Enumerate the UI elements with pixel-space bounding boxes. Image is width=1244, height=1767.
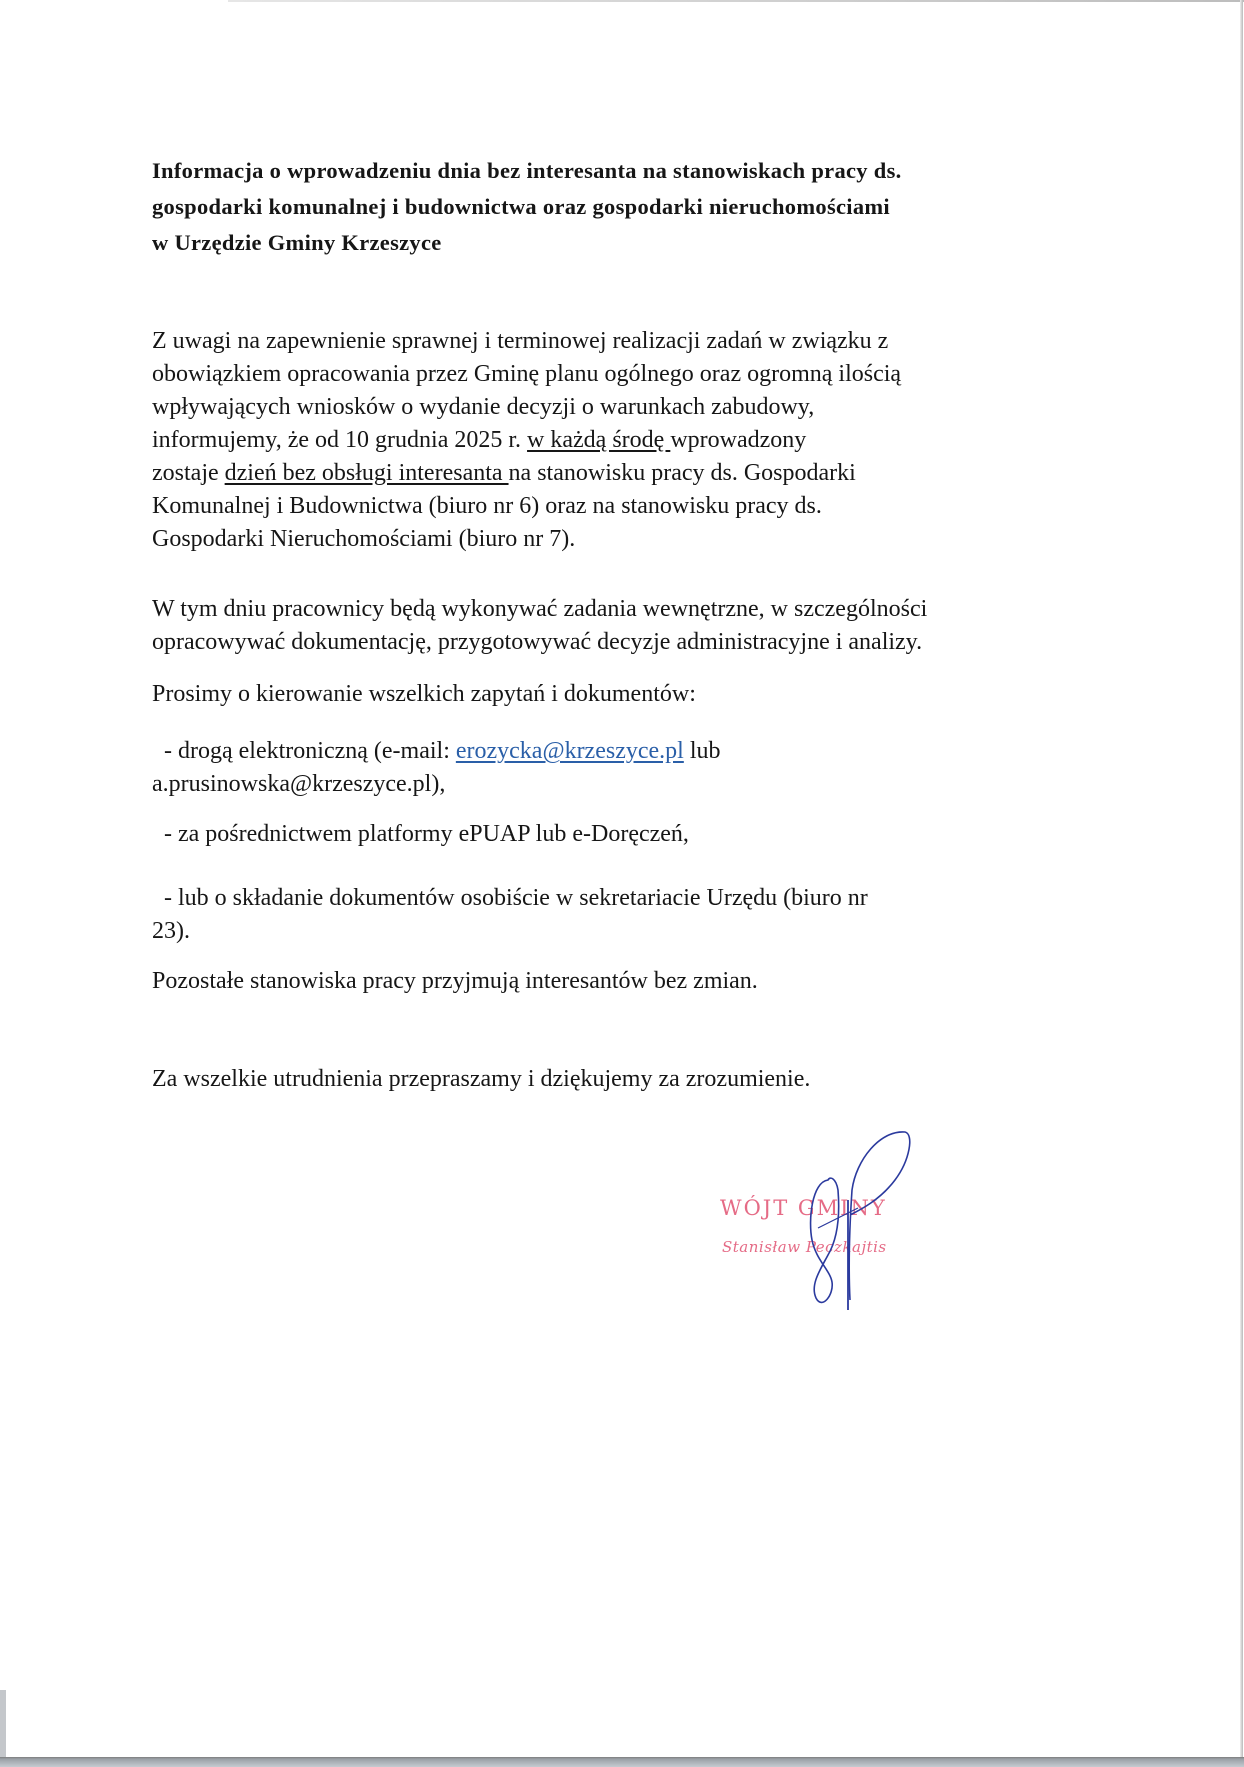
- paragraph-request: Prosimy o kierowanie wszelkich zapytań i…: [152, 678, 1112, 711]
- scan-edge-top: [228, 0, 1244, 2]
- title-line: Informacja o wprowadzeniu dnia bez inter…: [152, 153, 1132, 189]
- text-line: 23).: [152, 915, 1112, 948]
- underlined-weekday: w każdą środę: [527, 427, 670, 453]
- text-segment: na stanowisku pracy ds. Gospodarki: [509, 460, 856, 486]
- text-segment: zostaje: [152, 460, 225, 486]
- text-line: Gospodarki Nieruchomościami (biuro nr 7)…: [152, 523, 1112, 556]
- text-line: - za pośrednictwem platformy ePUAP lub e…: [152, 818, 1112, 851]
- text-line: wpływających wniosków o wydanie decyzji …: [152, 391, 1112, 424]
- text-line: Pozostałe stanowiska pracy przyjmują int…: [152, 965, 1112, 998]
- contact-item-epuap: - za pośrednictwem platformy ePUAP lub e…: [152, 818, 1112, 851]
- paragraph-apology: Za wszelkie utrudnienia przepraszamy i d…: [152, 1063, 1112, 1096]
- scan-edge-bottom: [0, 1757, 1244, 1767]
- text-line: informujemy, że od 10 grudnia 2025 r. w …: [152, 424, 1112, 457]
- contact-item-email: - drogą elektroniczną (e-mail: erozycka@…: [152, 735, 1112, 801]
- scan-edge-right: [1240, 0, 1243, 1760]
- text-segment: lub: [684, 738, 721, 764]
- text-line: opracowywać dokumentację, przygotowywać …: [152, 626, 1112, 659]
- text-segment: wprowadzony: [670, 427, 806, 453]
- email-link[interactable]: erozycka@krzeszyce.pl: [456, 738, 684, 764]
- text-line: zostaje dzień bez obsługi interesanta na…: [152, 457, 1112, 490]
- official-stamp: WÓJT GMINY Stanisław Peczkajtis: [700, 1120, 960, 1320]
- title-line: w Urzędzie Gminy Krzeszyce: [152, 225, 1132, 261]
- text-segment: informujemy, że od 10 grudnia 2025 r.: [152, 427, 527, 453]
- text-line: - lub o składanie dokumentów osobiście w…: [152, 882, 1112, 915]
- text-line: Z uwagi na zapewnienie sprawnej i termin…: [152, 325, 1112, 358]
- contact-item-in-person: - lub o składanie dokumentów osobiście w…: [152, 882, 1112, 948]
- text-line: obowiązkiem opracowania przez Gminę plan…: [152, 358, 1112, 391]
- text-line: W tym dniu pracownicy będą wykonywać zad…: [152, 593, 1112, 626]
- text-segment: - drogą elektroniczną (e-mail:: [164, 738, 456, 764]
- paragraph-internal-tasks: W tym dniu pracownicy będą wykonywać zad…: [152, 593, 1112, 659]
- scan-edge-left: [0, 1690, 6, 1767]
- underlined-no-service-day: dzień bez obsługi interesanta: [225, 460, 509, 486]
- document-page: Informacja o wprowadzeniu dnia bez inter…: [0, 0, 1244, 1767]
- paragraph-other-positions: Pozostałe stanowiska pracy przyjmują int…: [152, 965, 1112, 998]
- text-line: Komunalnej i Budownictwa (biuro nr 6) or…: [152, 490, 1112, 523]
- text-line: Prosimy o kierowanie wszelkich zapytań i…: [152, 678, 1112, 711]
- title-line: gospodarki komunalnej i budownictwa oraz…: [152, 189, 1132, 225]
- text-line: Za wszelkie utrudnienia przepraszamy i d…: [152, 1063, 1112, 1096]
- document-title: Informacja o wprowadzeniu dnia bez inter…: [152, 153, 1132, 261]
- text-line: a.prusinowska@krzeszyce.pl),: [152, 768, 1112, 801]
- handwritten-signature-icon: [700, 1120, 960, 1320]
- paragraph-announcement: Z uwagi na zapewnienie sprawnej i termin…: [152, 325, 1112, 556]
- text-line: - drogą elektroniczną (e-mail: erozycka@…: [152, 735, 1112, 768]
